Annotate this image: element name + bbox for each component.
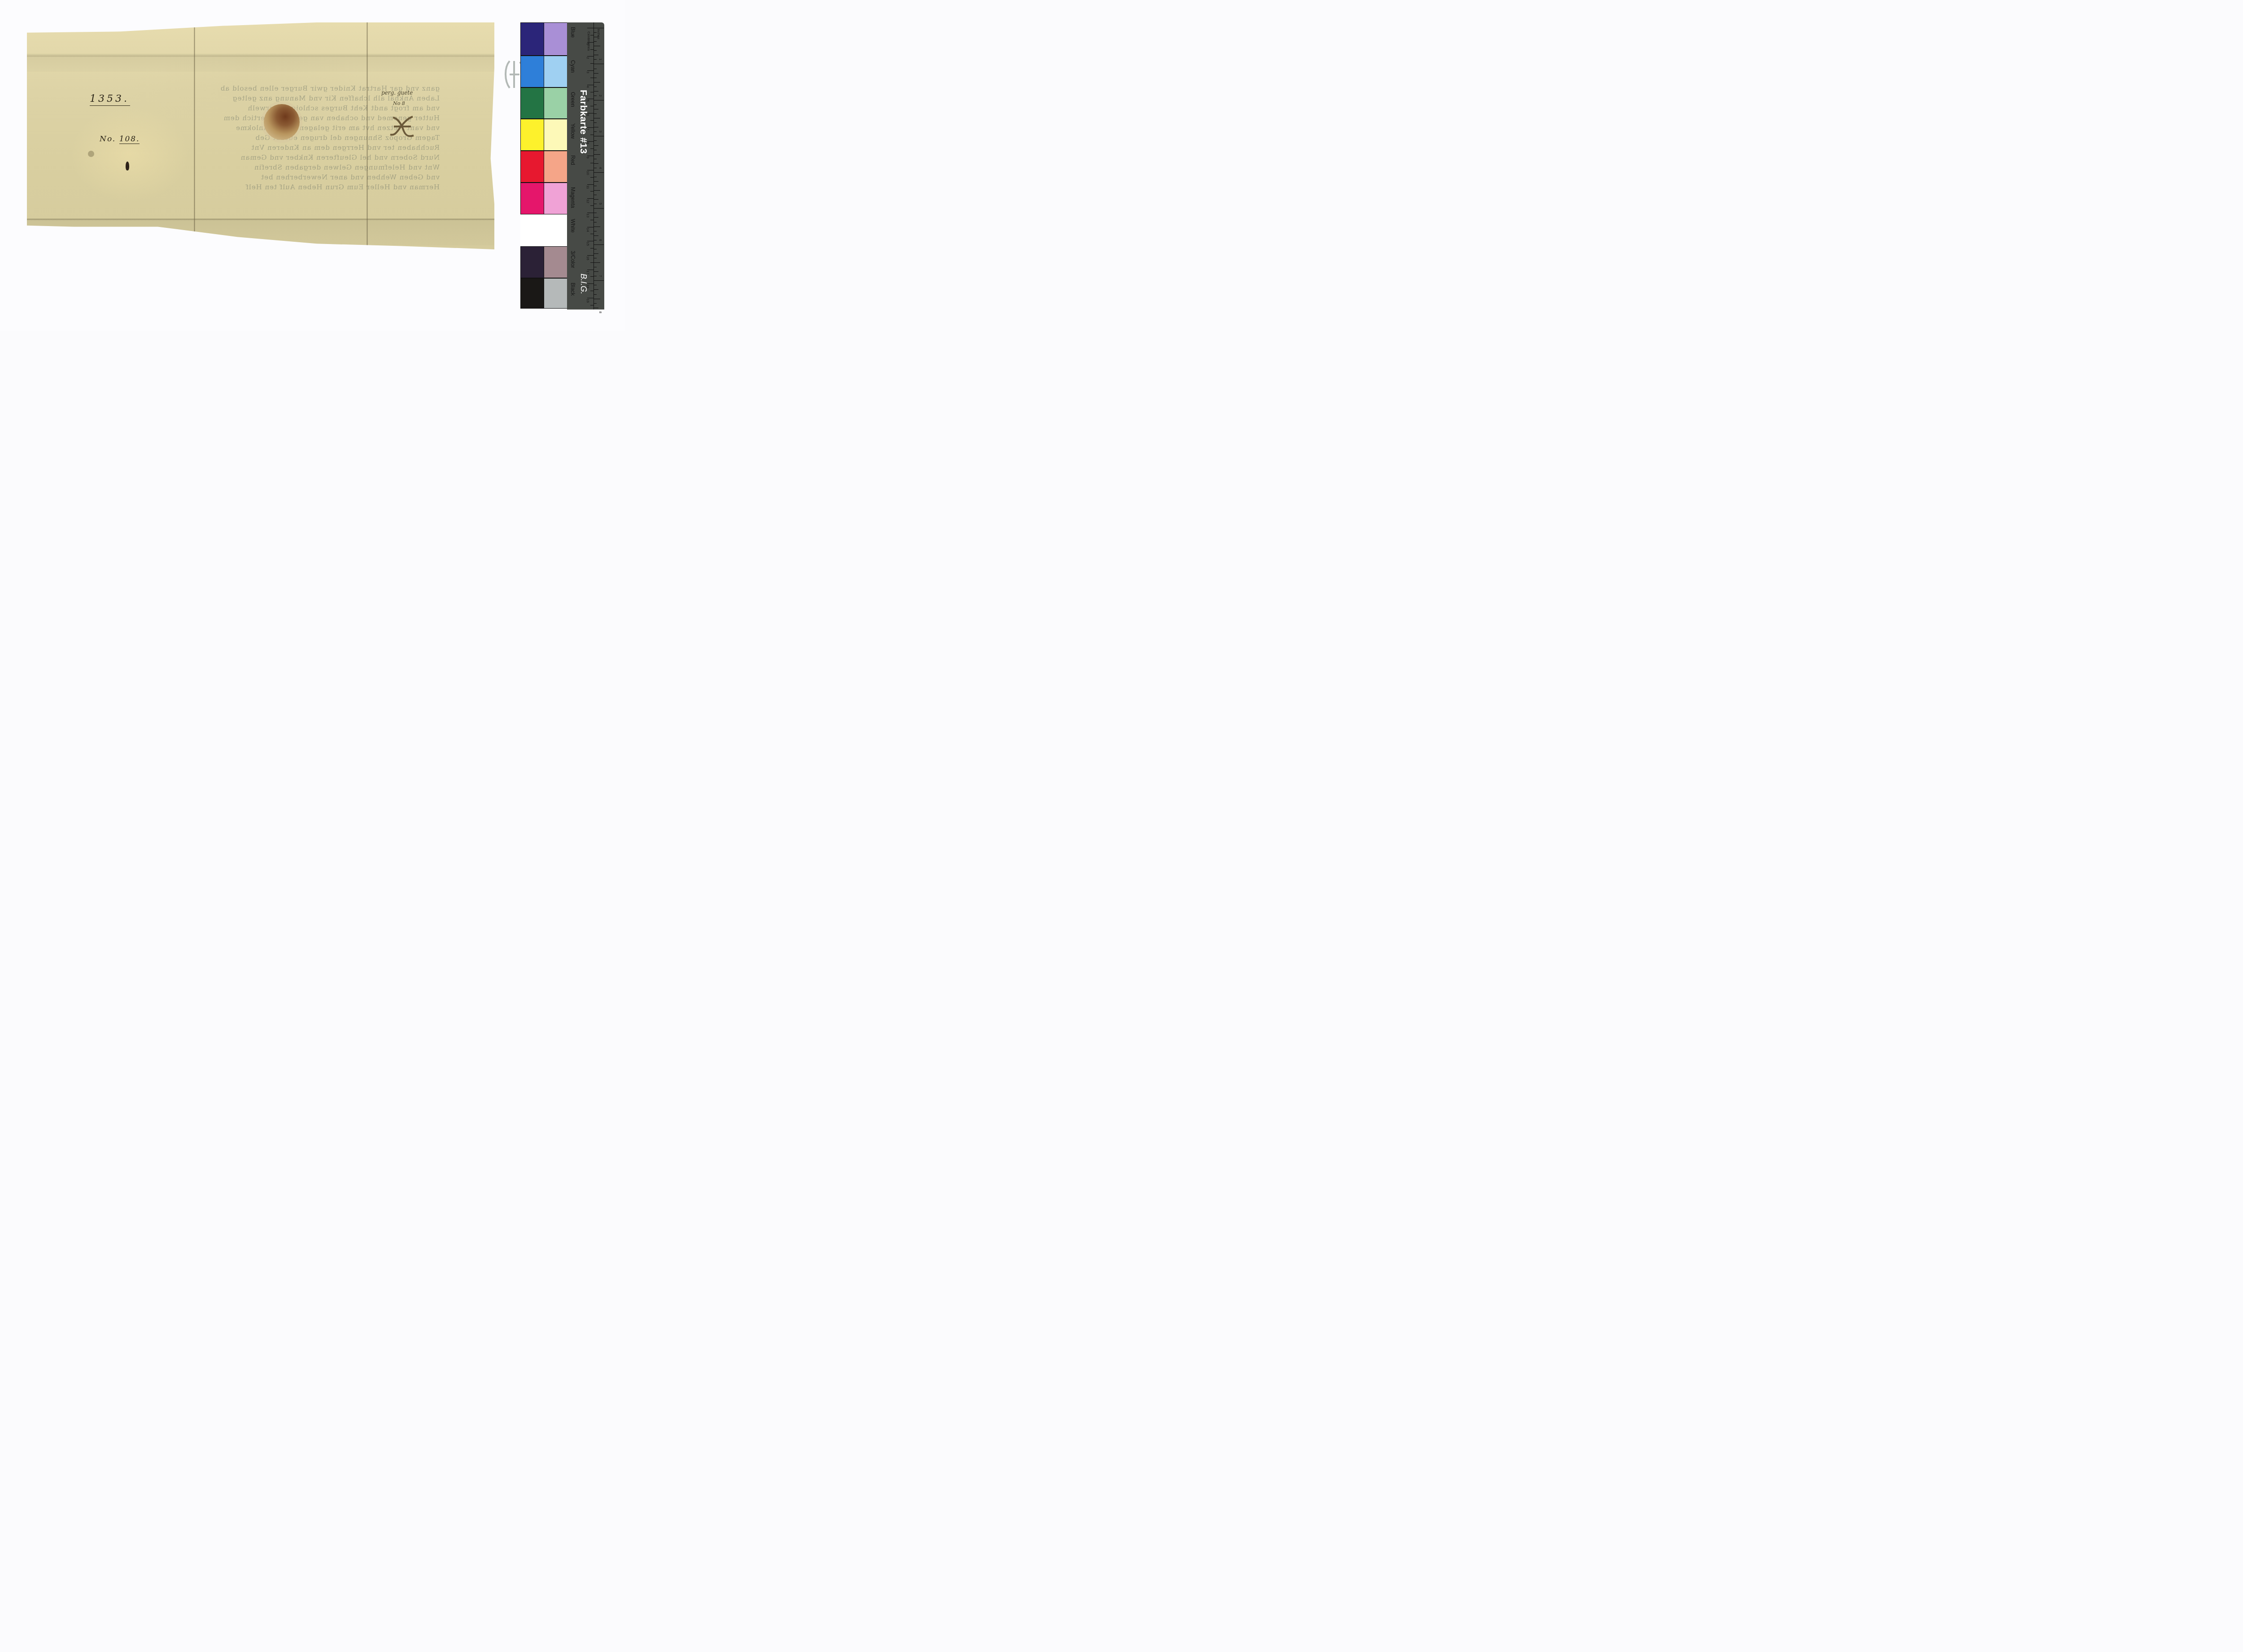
cm-tick [590, 177, 593, 178]
cm-tick-label: 11 [586, 185, 590, 189]
inch-tick [594, 217, 598, 218]
cm-tick [590, 35, 593, 35]
inch-tick [594, 73, 598, 74]
cm-tick-label: 14 [586, 228, 590, 232]
inch-tick [594, 177, 597, 177]
inch-tick [594, 258, 597, 258]
inch-tick [594, 285, 597, 285]
inch-tick [594, 50, 597, 51]
inch-tick-label: 7 [598, 275, 602, 277]
cm-tick [590, 49, 593, 50]
bleed-through-line: vnd Geben Wehben vnd aner Newerberhen be… [72, 173, 440, 181]
cm-tick-label: 6 [586, 114, 590, 116]
number-annotation: No. 108. [100, 135, 140, 144]
inch-tick [594, 37, 598, 37]
patch-label: Black [570, 283, 576, 296]
inch-tick [594, 208, 604, 209]
color-reference-chart: Inches Centimetres Farbkarte #13 B.I.G. … [520, 22, 604, 309]
fold-shadow [27, 218, 494, 245]
fold-line-horizontal [27, 218, 494, 220]
cm-tick-label: 13 [586, 214, 590, 218]
patch-label: Blue [570, 27, 576, 38]
inch-tick [594, 150, 597, 150]
year-annotation: 1353. [90, 93, 130, 106]
ruler: Inches Centimetres Farbkarte #13 B.I.G. … [567, 22, 604, 309]
inch-tick [594, 69, 597, 69]
color-patch-black-light [544, 278, 567, 309]
cm-tick [587, 184, 593, 185]
inch-tick [594, 199, 598, 200]
cm-tick [590, 205, 593, 206]
inch-tick-label: 8 [598, 311, 602, 313]
cm-tick-label: 3 [586, 71, 590, 73]
patch-label: Red [570, 155, 576, 165]
cm-tick-label: 5 [586, 100, 590, 101]
patch-label: Cyan [570, 60, 576, 73]
cm-tick-label: 16 [586, 256, 590, 260]
cm-tick [590, 305, 593, 305]
archival-note-number: No 8 [393, 100, 405, 106]
color-patch-black-dark [520, 278, 544, 309]
cm-tick [587, 28, 593, 28]
cm-tick [587, 298, 593, 298]
cm-tick [590, 191, 593, 192]
color-patch-blue-light [544, 22, 567, 56]
inch-tick [594, 231, 597, 231]
inch-tick [594, 122, 597, 123]
cm-tick-label: 19 [586, 299, 590, 303]
cm-tick [590, 106, 593, 106]
cm-tick [590, 248, 593, 248]
color-patch-3-color-light [544, 246, 567, 278]
patch-label: White [570, 219, 576, 233]
cm-tick-label: 4 [586, 86, 590, 87]
inch-tick-label: 5 [598, 203, 602, 205]
parchment-document: ganz vnd gar Hartrat Knider gwir Burger … [27, 22, 494, 249]
chart-maker: B.I.G. [579, 274, 588, 294]
cm-tick [587, 56, 593, 57]
cm-tick [590, 148, 593, 149]
cm-tick [587, 42, 593, 43]
color-patch-cyan-light [544, 56, 567, 87]
bleed-through-line: Ruchhaben ter vnd Herrgen dem an Knderen… [72, 144, 440, 152]
cm-tick [587, 213, 593, 213]
cm-tick [587, 227, 593, 227]
inch-tick [594, 227, 600, 227]
inch-tick [594, 96, 597, 96]
inch-tick [594, 28, 604, 28]
cm-tick [587, 283, 593, 284]
inch-tick [594, 118, 600, 118]
bleed-through-line: Hutter genomed vnd ochaben van genz vnd … [72, 114, 440, 122]
inch-tick [594, 262, 600, 263]
cm-tick [590, 78, 593, 78]
ink-blot [126, 161, 129, 170]
color-patch-cyan-dark [520, 56, 544, 87]
inch-tick [594, 181, 598, 182]
cm-tick [590, 135, 593, 135]
cm-tick [590, 262, 593, 263]
cm-tick [590, 291, 593, 291]
color-patch-red-dark [520, 151, 544, 183]
inch-tick [594, 140, 597, 141]
inch-tick [594, 87, 597, 87]
inch-tick [594, 109, 598, 109]
cm-tick [590, 234, 593, 234]
cm-tick [587, 99, 593, 99]
inch-tick [594, 276, 597, 276]
inch-tick [594, 168, 597, 168]
inch-tick [594, 299, 600, 299]
inches-label: Inches [597, 29, 601, 39]
inch-tick [594, 303, 597, 304]
patch-label: Yellow [570, 123, 576, 139]
inch-tick [594, 190, 600, 191]
inch-tick [594, 78, 597, 78]
cm-tick [587, 255, 593, 256]
inch-tick [594, 240, 597, 240]
color-patch-magenta-dark [520, 183, 544, 214]
centimetres-label: Centimetres [587, 31, 591, 51]
cm-tick-label: 7 [586, 128, 590, 130]
inch-tick-label: 1 [598, 58, 602, 60]
inch-tick [594, 32, 597, 33]
inch-tick [594, 186, 597, 186]
cm-tick-label: 15 [586, 242, 590, 246]
color-patch-red-light [544, 151, 567, 183]
cross-mark-icon [388, 114, 417, 139]
cm-tick [587, 113, 593, 113]
cm-tick-label: 17 [586, 270, 590, 275]
inch-tick-label: 3 [598, 131, 602, 132]
cm-tick [587, 170, 593, 170]
cm-tick [587, 141, 593, 142]
number-prefix: No. [100, 135, 116, 144]
inch-tick [594, 289, 598, 290]
inch-tick [594, 267, 597, 267]
inch-tick [594, 64, 604, 64]
cm-tick [590, 92, 593, 92]
cm-tick [590, 120, 593, 121]
color-patch-green-dark [520, 87, 544, 119]
archival-note: perg. guete [381, 90, 413, 96]
inch-tick [594, 113, 597, 114]
cm-tick [587, 270, 593, 270]
cm-tick [587, 70, 593, 71]
inch-tick-label: 4 [598, 167, 602, 169]
cm-tick-label: 10 [586, 171, 590, 175]
patch-label: Magenta [570, 187, 576, 208]
cm-tick [590, 276, 593, 277]
inch-tick [594, 172, 604, 173]
scan-background: ganz vnd gar Hartrat Knider gwir Burger … [0, 0, 625, 331]
bleed-through-line: Herman vnd Heller Eum Grun Heben Aulf te… [72, 183, 440, 191]
bleed-through-line: Nurd Sobern vnd hel Gleufteren Knkber vn… [72, 153, 440, 161]
cm-tick [587, 85, 593, 85]
inch-tick [594, 253, 598, 254]
cm-tick [587, 156, 593, 156]
inch-tick [594, 294, 597, 295]
inch-tick [594, 154, 600, 155]
inch-tick [594, 280, 604, 281]
inch-tick [594, 131, 597, 132]
cm-tick-label: 18 [586, 284, 590, 288]
cm-tick-label: 2 [586, 57, 590, 59]
color-patch-blue-dark [520, 22, 544, 56]
color-patch-yellow-dark [520, 119, 544, 151]
inch-tick [594, 145, 598, 146]
cm-tick [587, 241, 593, 241]
ruler-axis [593, 22, 594, 309]
cm-tick [587, 198, 593, 199]
inch-tick [594, 222, 597, 222]
inch-tick-label: 6 [598, 239, 602, 241]
color-patch-white [520, 214, 567, 246]
inch-tick [594, 271, 598, 272]
inch-tick [594, 249, 597, 249]
color-patch-3-color-dark [520, 246, 544, 278]
cm-tick [587, 127, 593, 128]
inch-tick [594, 195, 597, 195]
inch-tick [594, 159, 597, 159]
inch-tick [594, 100, 604, 100]
inch-tick [594, 136, 604, 136]
inch-tick [594, 46, 600, 46]
fold-line-horizontal [27, 55, 494, 57]
color-patch-yellow-light [544, 119, 567, 151]
patch-label: 3/Color [570, 251, 576, 268]
inch-tick [594, 59, 597, 60]
inch-tick [594, 127, 598, 127]
inch-tick [594, 105, 597, 105]
inch-tick [594, 213, 597, 213]
cm-tick-label: 9 [586, 157, 590, 158]
inch-tick [594, 204, 597, 204]
wax-seal [264, 104, 300, 140]
cm-tick-label: 1 [586, 43, 590, 45]
cm-tick-label: 12 [586, 199, 590, 203]
inch-tick [594, 55, 598, 55]
cm-tick [590, 163, 593, 163]
number-value: 108. [119, 135, 140, 144]
inch-tick [594, 91, 598, 92]
color-patch-magenta-light [544, 183, 567, 214]
cm-tick-label: 8 [586, 142, 590, 144]
inch-tick [594, 41, 597, 42]
inch-tick [594, 235, 598, 236]
inch-tick [594, 308, 598, 308]
inch-tick [594, 82, 600, 83]
cm-tick [590, 63, 593, 64]
patch-label: Green [570, 92, 576, 107]
stain [88, 151, 94, 157]
inch-tick [594, 163, 598, 164]
inch-tick [594, 244, 604, 245]
cm-tick [590, 220, 593, 220]
bleed-through-line: vnd vant Hetzen hvt am erit gelagen zu b… [72, 124, 440, 132]
inch-tick-label: 2 [598, 95, 602, 96]
color-patch-green-light [544, 87, 567, 119]
